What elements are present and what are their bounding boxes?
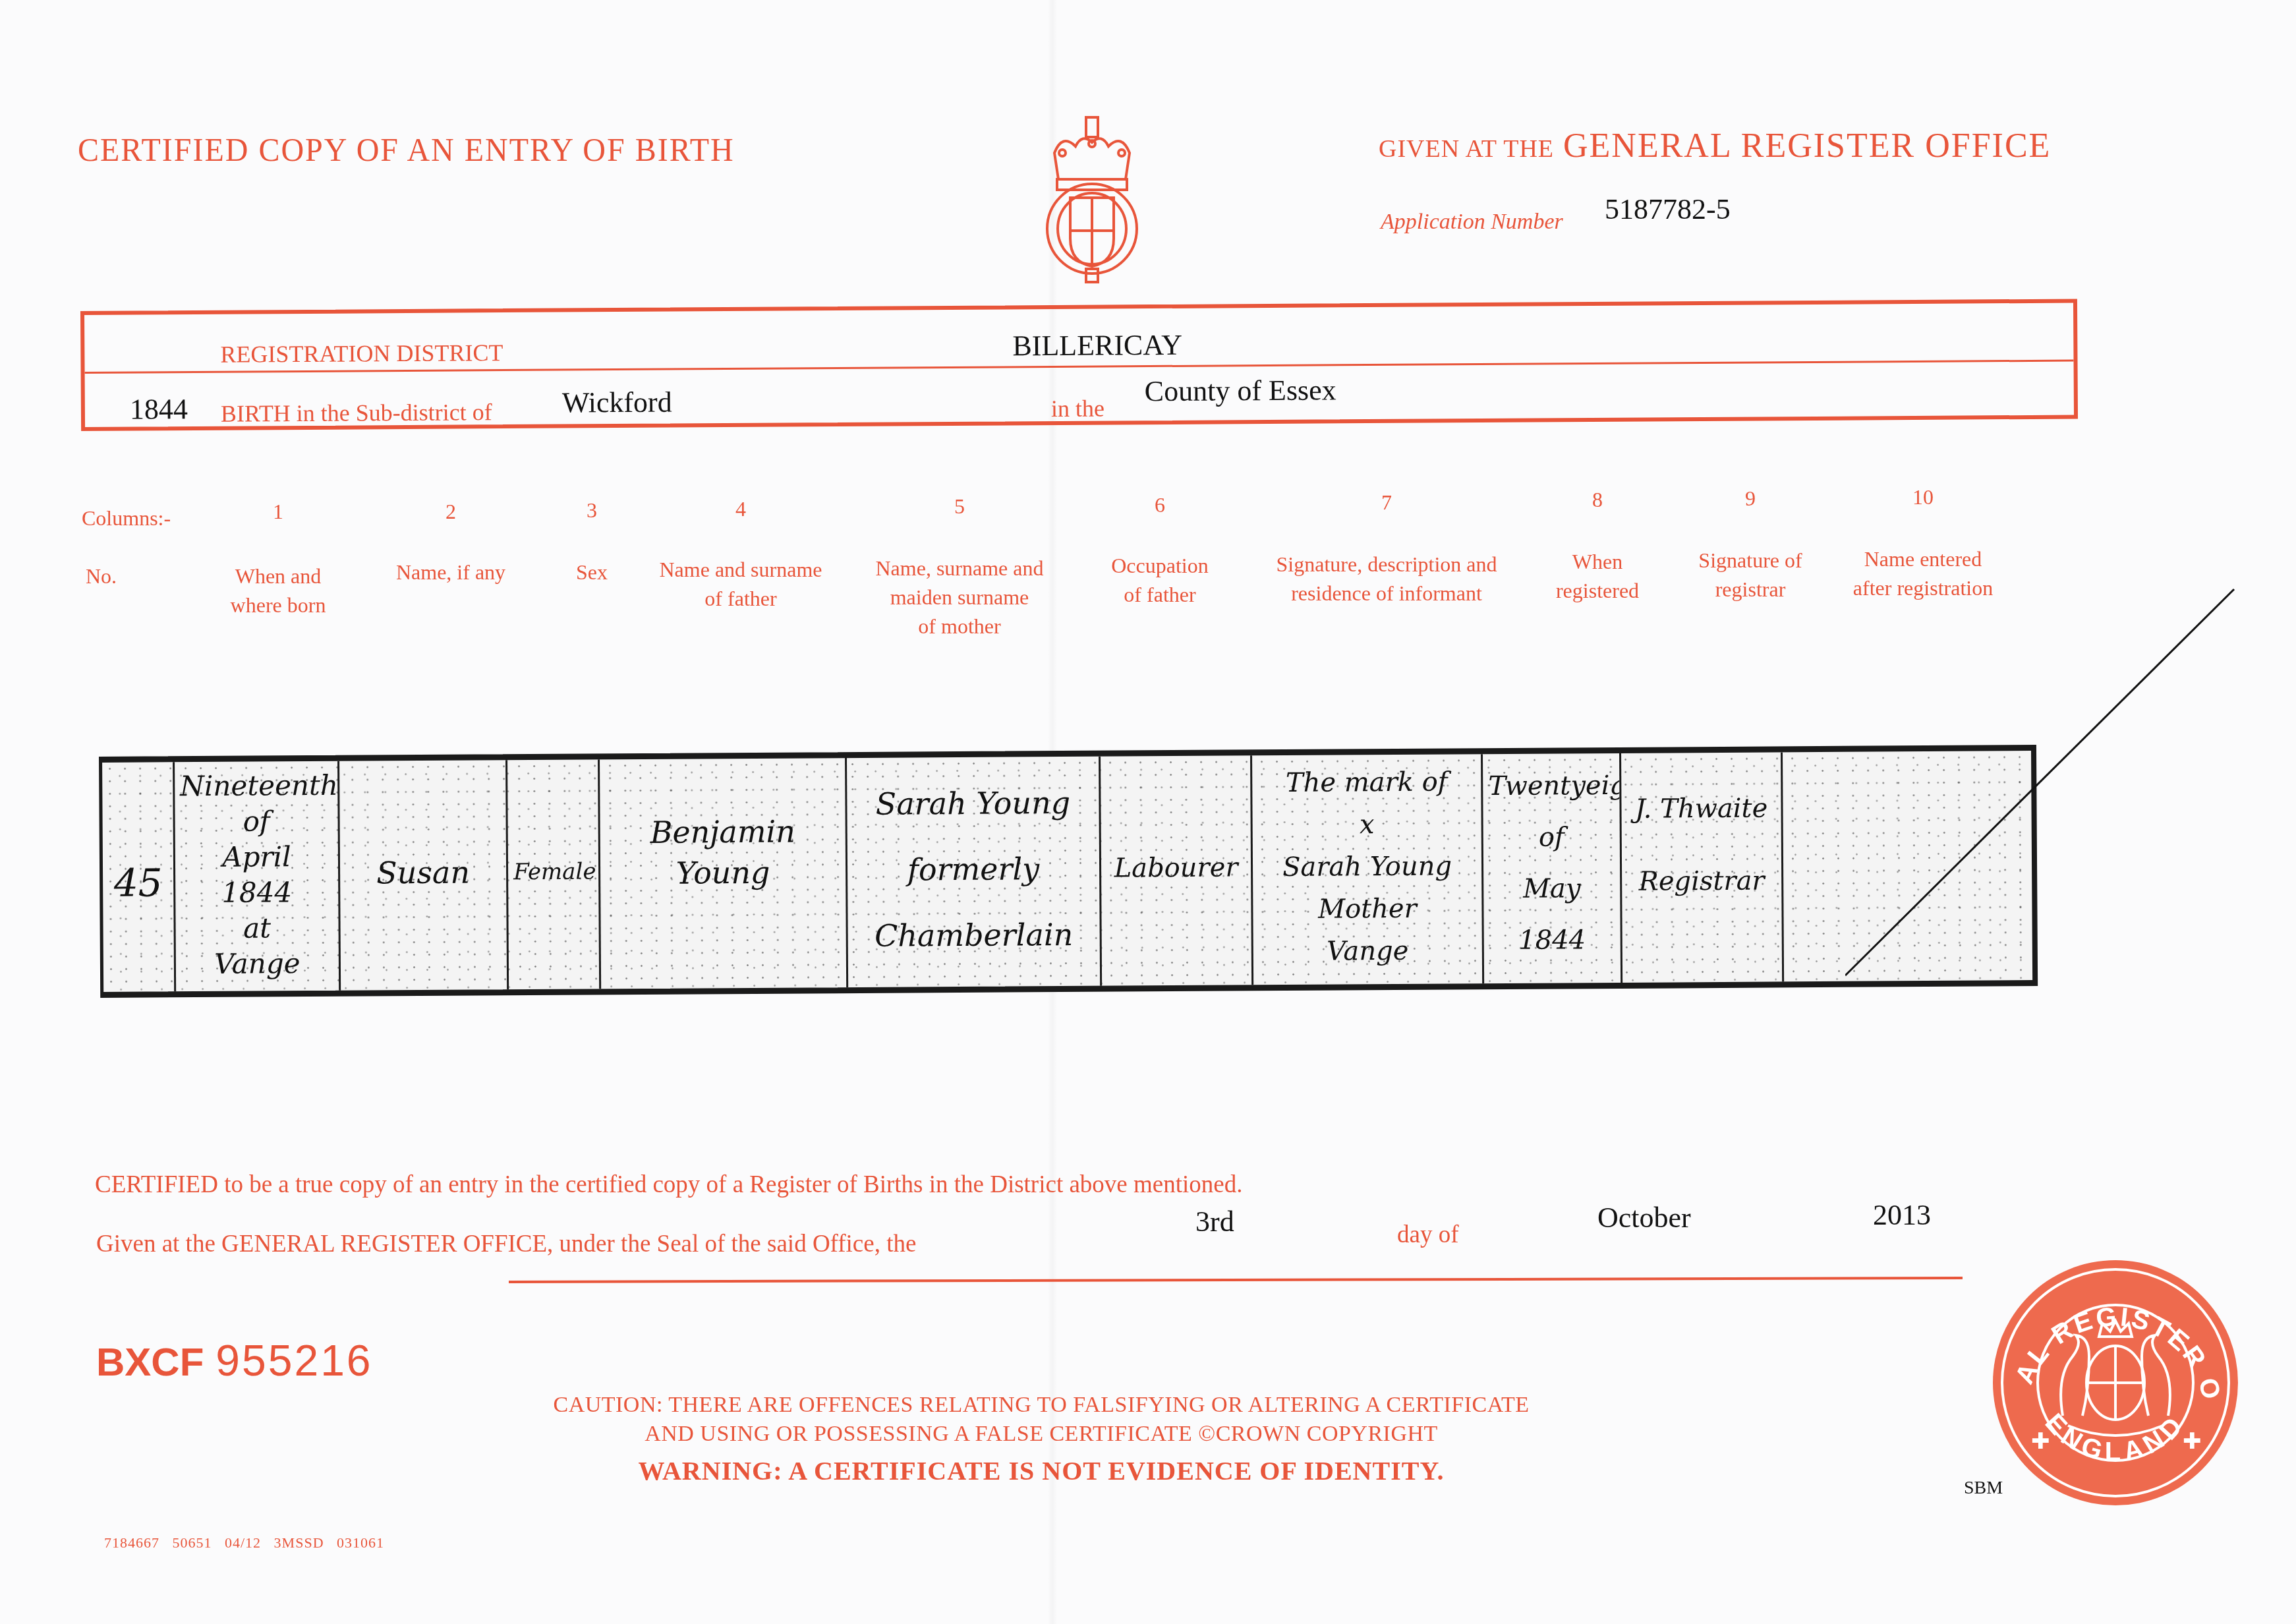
mother-line: Chamberlain xyxy=(853,902,1095,969)
informant-line: The mark of xyxy=(1257,761,1476,804)
informant-line: Sarah Young xyxy=(1258,845,1476,888)
when-where-born-line: Vange xyxy=(181,946,333,982)
column-number-4: 4 xyxy=(714,497,767,521)
entry-name: Susan xyxy=(339,760,509,991)
serial-number: 955216 xyxy=(215,1336,372,1385)
column-number-6: 6 xyxy=(1134,493,1186,517)
when-registered-line: 1844 xyxy=(1489,914,1615,966)
entry-mother: Sarah YoungformerlyChamberlain xyxy=(847,757,1102,987)
when-registered-line: May xyxy=(1489,863,1615,915)
entry-registrar: J. ThwaiteRegistrar xyxy=(1621,752,1784,982)
given-statement: Given at the GENERAL REGISTER OFFICE, un… xyxy=(96,1230,916,1258)
application-number-label: Application Number xyxy=(1381,210,1563,235)
mother-line: Sarah Young xyxy=(852,770,1094,837)
column-number-9: 9 xyxy=(1724,486,1777,511)
serial-prefix: BXCF xyxy=(96,1340,204,1384)
when-where-born-line: of xyxy=(180,803,332,840)
registrar-line: J. Thwaite xyxy=(1626,772,1776,845)
print-code: 7184667 50651 04/12 3MSSD 031061 xyxy=(104,1534,384,1551)
registration-year: 1844 xyxy=(130,392,188,426)
registration-district-box: REGISTRATION DISTRICT BILLERICAY 1844 BI… xyxy=(80,299,2078,431)
informant-line: Mother xyxy=(1258,887,1476,931)
day-of-label: day of xyxy=(1397,1221,1459,1249)
cancellation-line xyxy=(1845,580,2241,989)
when-registered-line: Twentyeighth xyxy=(1488,760,1614,812)
warning-notice: WARNING: A CERTIFICATE IS NOT EVIDENCE O… xyxy=(521,1455,1562,1486)
when-where-born-line: at xyxy=(181,910,333,946)
subdistrict-label: BIRTH in the Sub-district of xyxy=(221,398,492,428)
entry-father: BenjaminYoung xyxy=(600,758,848,989)
certified-statement: CERTIFIED to be a true copy of an entry … xyxy=(95,1171,1242,1199)
entry-occupation: Labourer xyxy=(1101,755,1253,985)
application-number-value: 5187782-5 xyxy=(1605,192,1731,226)
general-register-office-seal-icon: GENERAL REGISTER OFFICE ENGLAND ✚ ✚ xyxy=(1990,1258,2241,1508)
columns-label: Columns:- xyxy=(82,504,171,533)
county-value: County of Essex xyxy=(1145,373,1336,408)
svg-text:✚: ✚ xyxy=(2183,1428,2202,1455)
register-entry: 45 NineteenthofApril1844atVange Susan Fe… xyxy=(99,745,2038,998)
column-number-7: 7 xyxy=(1360,490,1413,515)
subdistrict-value: Wickford xyxy=(562,386,672,420)
entry-when-where-born: NineteenthofApril1844atVange xyxy=(175,761,341,992)
father-line: Benjamin xyxy=(606,811,840,853)
no-label: No. xyxy=(86,562,117,591)
column-number-10: 10 xyxy=(1897,485,1949,509)
caution-line-1: CAUTION: THERE ARE OFFENCES RELATING TO … xyxy=(521,1391,1562,1420)
in-the-label: in the xyxy=(1051,395,1105,422)
when-where-born-line: April xyxy=(181,839,333,875)
entry-informant: The mark ofxSarah YoungMotherVange xyxy=(1252,754,1484,985)
column-heading-6: Occupationof father xyxy=(1028,551,1292,609)
general-register-office-label: GENERAL REGISTER OFFICE xyxy=(1563,127,2051,165)
column-number-2: 2 xyxy=(424,500,477,524)
royal-crest-icon xyxy=(1036,113,1148,285)
entry-number: 45 xyxy=(102,762,176,992)
svg-text:✚: ✚ xyxy=(2031,1428,2050,1455)
certification-year: 2013 xyxy=(1873,1198,1931,1232)
when-where-born-line: Nineteenth xyxy=(180,768,332,804)
when-where-born-line: 1844 xyxy=(181,875,333,911)
registration-district-value: BILLERICAY xyxy=(1012,328,1182,363)
registrar-line: Registrar xyxy=(1627,844,1777,917)
caution-notice: CAUTION: THERE ARE OFFENCES RELATING TO … xyxy=(521,1391,1562,1449)
given-at-heading: GIVEN AT THE GENERAL REGISTER OFFICE xyxy=(1379,127,2051,165)
when-registered-line: of xyxy=(1489,811,1615,863)
entry-when-registered: TwentyeighthofMay1844 xyxy=(1483,753,1622,983)
column-number-8: 8 xyxy=(1571,488,1624,512)
caution-line-2: AND USING OR POSSESSING A FALSE CERTIFIC… xyxy=(521,1420,1562,1449)
signature-rule xyxy=(509,1277,1963,1283)
informant-line: Vange xyxy=(1259,929,1477,973)
column-number-3: 3 xyxy=(565,498,618,523)
given-at-label: GIVEN AT THE xyxy=(1379,135,1554,163)
column-number-5: 5 xyxy=(933,494,986,519)
registration-district-label: REGISTRATION DISTRICT xyxy=(220,339,503,368)
father-line: Young xyxy=(606,852,840,894)
mother-line: formerly xyxy=(853,836,1095,903)
certificate-serial: BXCF 955216 xyxy=(96,1335,373,1385)
entry-sex: Female xyxy=(507,759,601,989)
certification-day: 3rd xyxy=(1195,1205,1234,1238)
informant-line: x xyxy=(1257,803,1476,846)
certificate-title: CERTIFIED COPY OF AN ENTRY OF BIRTH xyxy=(78,131,735,169)
column-number-1: 1 xyxy=(252,500,304,524)
certification-month: October xyxy=(1597,1201,1691,1234)
